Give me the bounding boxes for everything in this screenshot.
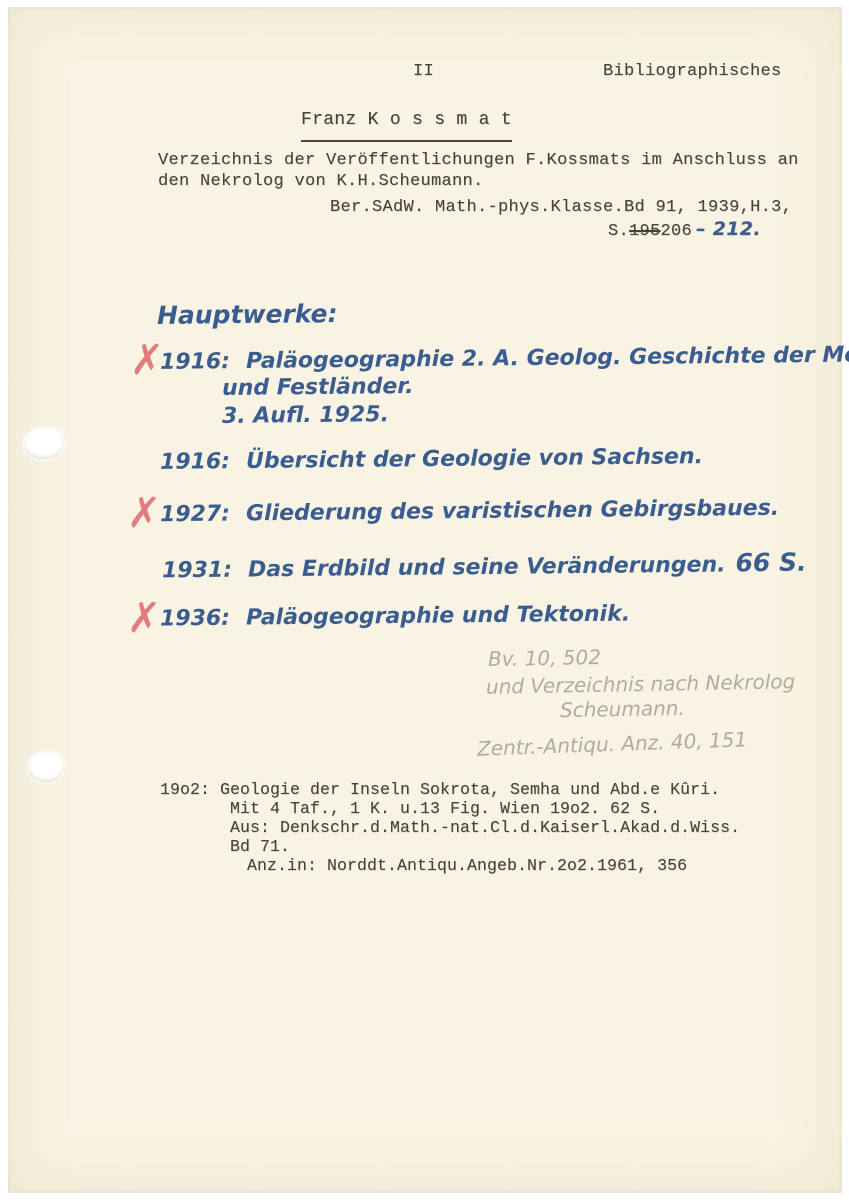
reference-handwritten-pages: – 212. (696, 218, 761, 240)
handwritten-entry-line: 3. Aufl. 1925. (222, 403, 389, 429)
page-number: II (413, 62, 434, 82)
typed-entry-line-2: Mit 4 Taf., 1 K. u.13 Fig. Wien 19o2. 62… (230, 800, 660, 819)
reference-struck-pages: 195 (629, 222, 661, 241)
cross-mark-icon: ✗ (127, 490, 162, 536)
handwritten-heading: Hauptwerke: (157, 300, 338, 329)
typed-entry-line-5: Anz.in: Norddt.Antiqu.Angeb.Nr.2o2.1961,… (247, 857, 687, 876)
entry-text: Gliederung des varistischen Gebirgsbaues… (246, 496, 779, 527)
entry-text: Paläogeographie und Tektonik. (246, 602, 630, 631)
entry-year: 1916: (160, 349, 230, 375)
pencil-note-line-2: und Verzeichnis nach Nekrolog (486, 670, 796, 697)
subtitle-line-2: den Nekrolog von K.H.Scheumann. (158, 172, 484, 192)
reference-page-prefix: S. (608, 222, 629, 241)
typed-entry-line-1: 19o2: Geologie der Inseln Sokrota, Semha… (160, 781, 720, 800)
handwritten-entry-line: 1936:Paläogeographie und Tektonik. (160, 603, 630, 632)
entry-text: Das Erdbild und seine Veränderungen. (248, 552, 726, 582)
reference-typed-pages: 206 (661, 222, 693, 241)
typed-entry-line-4: Bd 71. (230, 838, 290, 857)
entry-year: 1927: (160, 502, 230, 528)
scanned-document-page: II Bibliographisches Franz K o s s m a t… (0, 0, 849, 1200)
page-title: Franz K o s s m a t (301, 110, 512, 142)
entry-year: 1936: (160, 606, 230, 632)
entry-year: 1931: (162, 558, 232, 584)
punch-hole-top (24, 428, 64, 459)
entry-suffix: 66 S. (735, 548, 806, 578)
reference-line-1: Ber.SAdW. Math.-phys.Klasse.Bd 91, 1939,… (330, 198, 792, 218)
typed-entry-line-3: Aus: Denkschr.d.Math.-nat.Cl.d.Kaiserl.A… (230, 819, 740, 838)
punch-hole-bottom (28, 752, 64, 782)
handwritten-entry-line: und Festländer. (222, 375, 414, 401)
pencil-note-line-3: Scheumann. (560, 697, 685, 721)
subtitle-line-1: Verzeichnis der Veröffentlichungen F.Kos… (158, 151, 799, 171)
entry-year: 1916: (160, 449, 230, 475)
pencil-note-line-1: Bv. 10, 502 (488, 646, 601, 670)
cross-mark-icon: ✗ (127, 595, 162, 641)
entry-text: Übersicht der Geologie von Sachsen. (246, 444, 703, 474)
reference-line-2: S.195206– 212. (608, 219, 761, 242)
running-header: Bibliographisches (603, 62, 782, 82)
